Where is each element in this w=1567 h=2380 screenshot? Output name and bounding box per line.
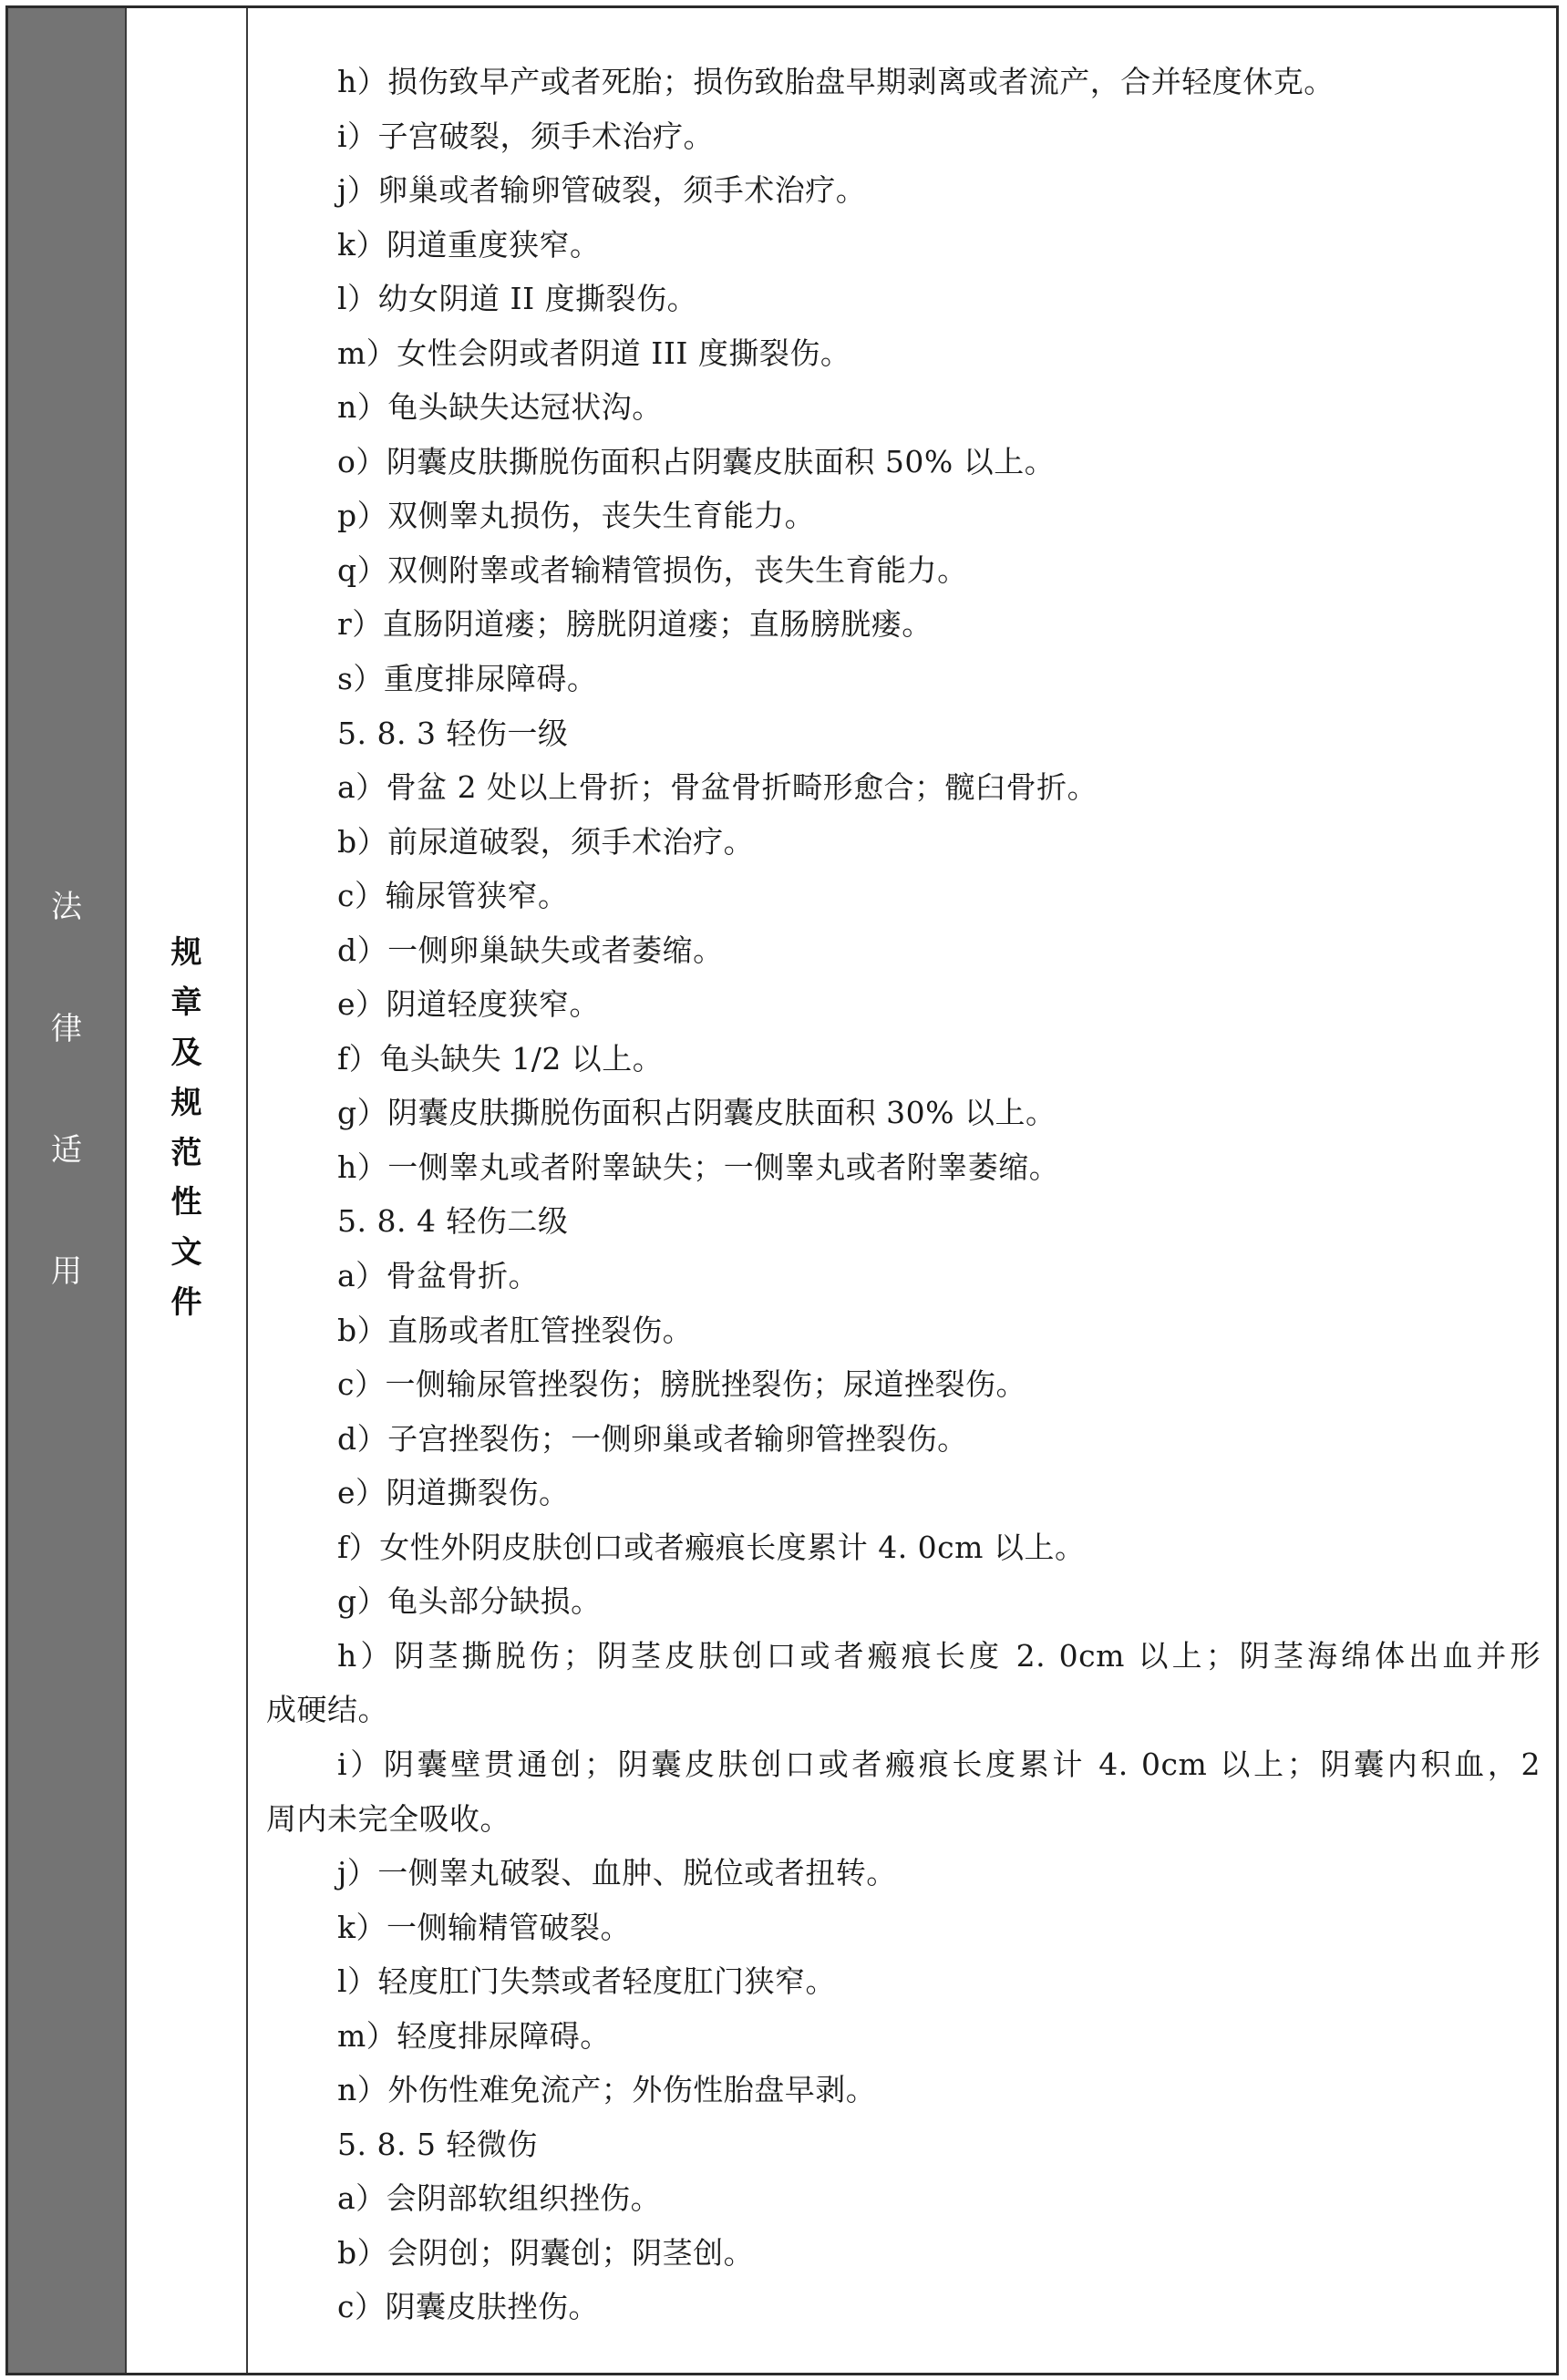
legal-table: 法 律 适 用 规 章 及 规 范 性 文 件 h）损伤致早产或者死胎；损伤致胎… (5, 5, 1559, 2375)
clause-line: d）子宫挫裂伤；一侧卵巢或者输卵管挫裂伤。 (266, 1412, 1548, 1467)
clause-line: a）骨盆骨折。 (266, 1249, 1548, 1303)
subcategory-char: 文 (127, 1234, 246, 1271)
category-column-law-application: 法 律 适 用 (8, 8, 127, 2373)
subcategory-column-regulations: 规 章 及 规 范 性 文 件 (127, 8, 248, 2373)
clause-line: n）龟头缺失达冠状沟。 (266, 380, 1548, 435)
category-char: 律 (8, 1011, 125, 1047)
clause-line: c）阴囊皮肤挫伤。 (266, 2280, 1548, 2334)
clause-line: l）幼女阴道 II 度撕裂伤。 (266, 272, 1548, 326)
content-column: h）损伤致早产或者死胎；损伤致胎盘早期剥离或者流产，合并轻度休克。i）子宫破裂，… (248, 8, 1556, 2373)
clause-line: f）龟头缺失 1/2 以上。 (266, 1032, 1548, 1087)
subcategory-char: 规 (127, 1085, 246, 1121)
clause-line: h）损伤致早产或者死胎；损伤致胎盘早期剥离或者流产，合并轻度休克。 (266, 55, 1548, 109)
clause-line: i）子宫破裂，须手术治疗。 (266, 109, 1548, 164)
clause-line: h）阴茎撕脱伤；阴茎皮肤创口或者瘢痕长度 2. 0cm 以上；阴茎海绵体出血并形 (266, 1629, 1548, 1684)
clause-line: c）输尿管狭窄。 (266, 869, 1548, 923)
clause-line: n）外伤性难免流产；外伤性胎盘早剥。 (266, 2063, 1548, 2117)
section-heading: 5. 8. 5 轻微伤 (266, 2117, 1548, 2172)
clause-line: k）阴道重度狭窄。 (266, 218, 1548, 273)
category-char: 适 (8, 1132, 125, 1169)
clause-line: 成硬结。 (266, 1683, 1548, 1737)
clause-line: b）直肠或者肛管挫裂伤。 (266, 1303, 1548, 1358)
subcategory-char: 规 (127, 934, 246, 971)
clause-line: j）卵巢或者输卵管破裂，须手术治疗。 (266, 163, 1548, 218)
clause-line: b）前尿道破裂，须手术治疗。 (266, 815, 1548, 870)
clause-line: l）轻度肛门失禁或者轻度肛门狭窄。 (266, 1954, 1548, 2009)
clause-line: i）阴囊壁贯通创；阴囊皮肤创口或者瘢痕长度累计 4. 0cm 以上；阴囊内积血，… (266, 1737, 1548, 1792)
clause-line: j）一侧睾丸破裂、血肿、脱位或者扭转。 (266, 1846, 1548, 1901)
clause-line: c）一侧输尿管挫裂伤；膀胱挫裂伤；尿道挫裂伤。 (266, 1357, 1548, 1412)
section-heading: 5. 8. 3 轻伤一级 (266, 706, 1548, 761)
clause-line: s）重度排尿障碍。 (266, 652, 1548, 706)
clause-line: m）轻度排尿障碍。 (266, 2009, 1548, 2064)
clause-line: k）一侧输精管破裂。 (266, 1901, 1548, 1955)
clause-line: p）双侧睾丸损伤，丧失生育能力。 (266, 489, 1548, 543)
subcategory-char: 及 (127, 1035, 246, 1071)
subcategory-char: 件 (127, 1284, 246, 1321)
clause-line: a）会阴部软组织挫伤。 (266, 2171, 1548, 2226)
subcategory-char: 章 (127, 984, 246, 1021)
clause-line: f）女性外阴皮肤创口或者瘢痕长度累计 4. 0cm 以上。 (266, 1520, 1548, 1575)
clause-line: r）直肠阴道瘘；膀胱阴道瘘；直肠膀胱瘘。 (266, 597, 1548, 652)
section-heading: 5. 8. 4 轻伤二级 (266, 1194, 1548, 1249)
clause-line: o）阴囊皮肤撕脱伤面积占阴囊皮肤面积 50% 以上。 (266, 435, 1548, 489)
clause-line: e）阴道撕裂伤。 (266, 1466, 1548, 1520)
subcategory-char: 性 (127, 1184, 246, 1221)
clause-line: m）女性会阴或者阴道 III 度撕裂伤。 (266, 326, 1548, 381)
category-char: 用 (8, 1253, 125, 1290)
clause-line: h）一侧睾丸或者附睾缺失；一侧睾丸或者附睾萎缩。 (266, 1140, 1548, 1195)
clause-line: g）阴囊皮肤撕脱伤面积占阴囊皮肤面积 30% 以上。 (266, 1086, 1548, 1140)
clause-line: 周内未完全吸收。 (266, 1792, 1548, 1847)
clause-line: e）阴道轻度狭窄。 (266, 977, 1548, 1032)
clause-line: d）一侧卵巢缺失或者萎缩。 (266, 923, 1548, 978)
category-char: 法 (8, 889, 125, 925)
clause-line: a）骨盆 2 处以上骨折；骨盆骨折畸形愈合；髋臼骨折。 (266, 760, 1548, 815)
clause-line: b）会阴创；阴囊创；阴茎创。 (266, 2226, 1548, 2281)
clause-line: g）龟头部分缺损。 (266, 1574, 1548, 1629)
subcategory-char: 范 (127, 1135, 246, 1171)
clause-list: h）损伤致早产或者死胎；损伤致胎盘早期剥离或者流产，合并轻度休克。i）子宫破裂，… (266, 55, 1548, 2334)
clause-line: q）双侧附睾或者输精管损伤，丧失生育能力。 (266, 543, 1548, 598)
